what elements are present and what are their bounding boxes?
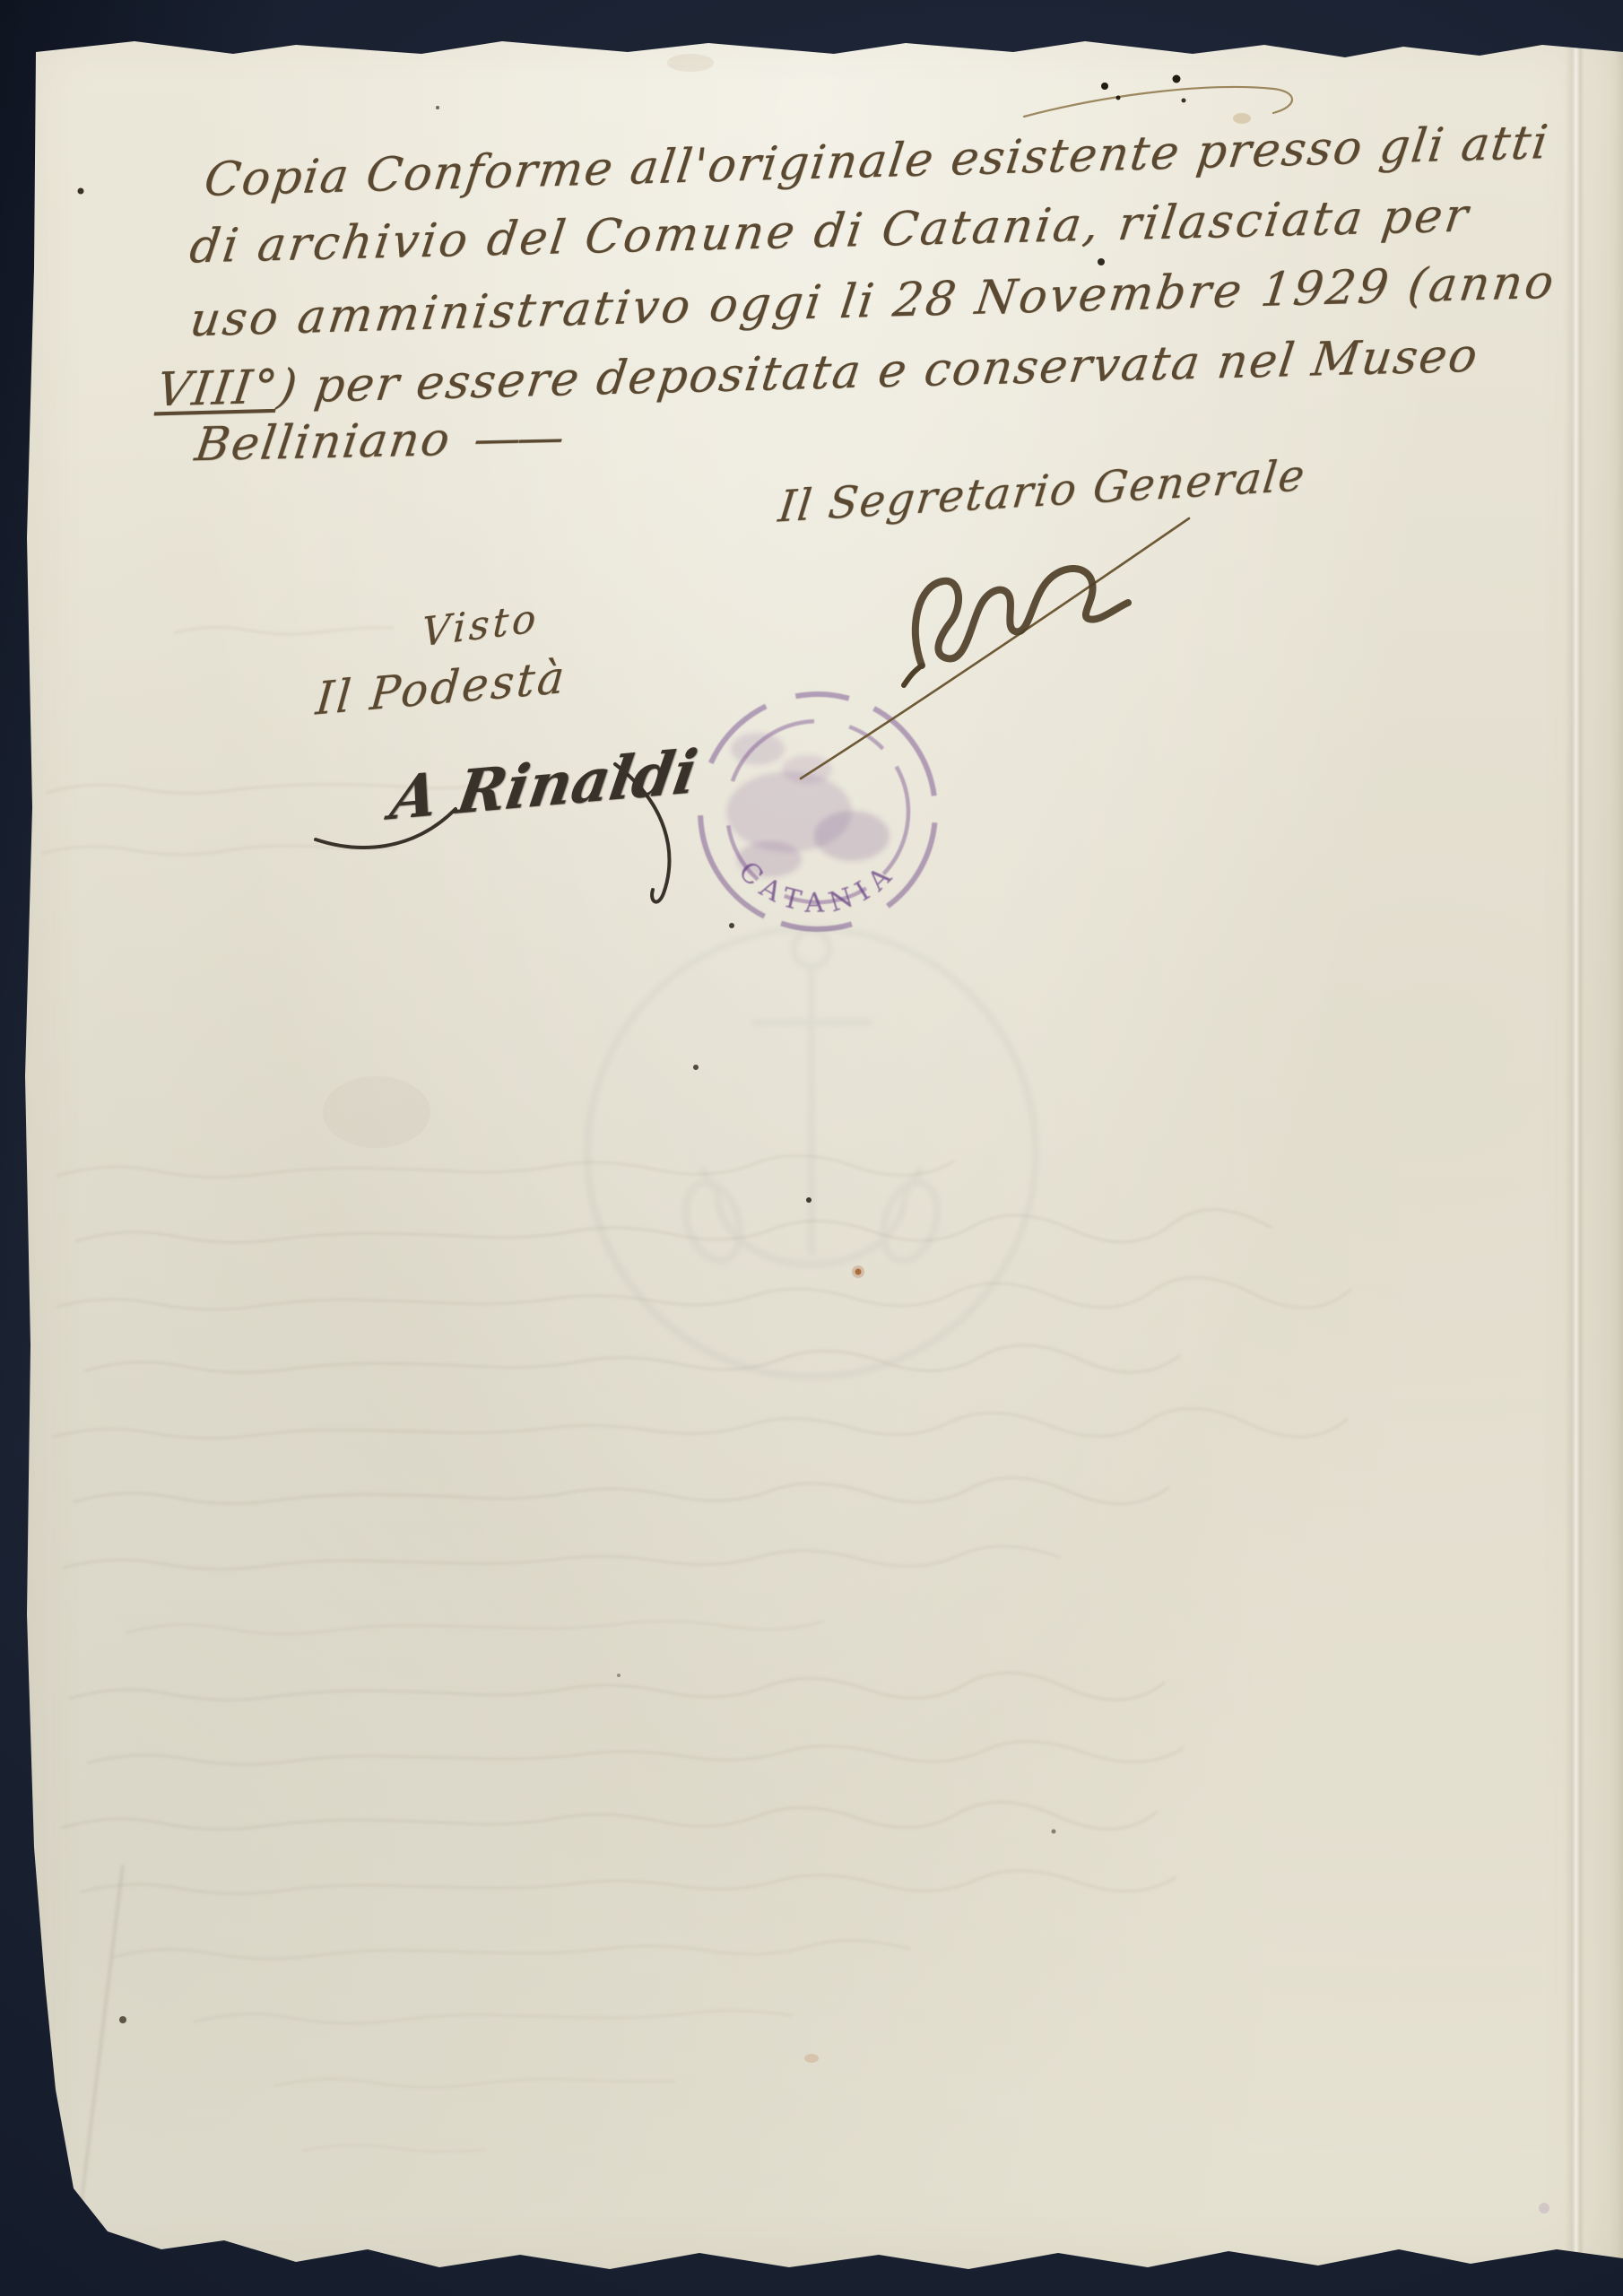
anno-numeral: VIII° bbox=[153, 361, 282, 418]
watermark-anchor-emblem bbox=[587, 928, 1036, 1377]
vertical-fold-crease bbox=[1565, 43, 1584, 2260]
handwritten-line-5: Belliniano—— bbox=[192, 411, 564, 473]
top-ink-flourish bbox=[1024, 87, 1292, 117]
closing-dash: —— bbox=[471, 411, 564, 466]
museo-name: Belliniano bbox=[192, 413, 455, 472]
segretario-signature-stroke bbox=[801, 518, 1189, 778]
document-page: · CATANIA · bbox=[0, 0, 1623, 2296]
bleedthrough-ghost-lines bbox=[41, 615, 1360, 2156]
scan-background: · CATANIA · bbox=[0, 0, 1623, 2296]
